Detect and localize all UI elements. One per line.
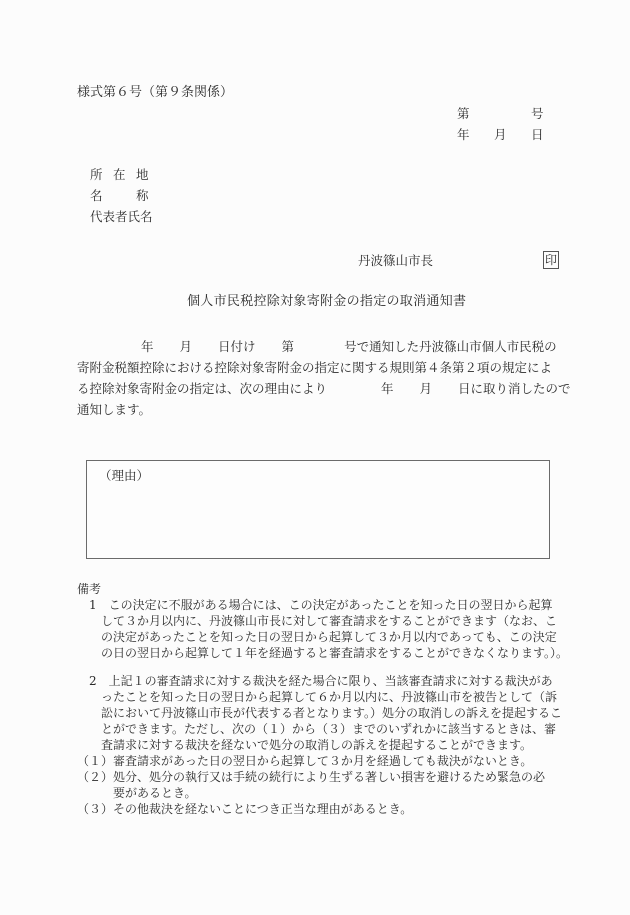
location-char-3: 地 bbox=[136, 169, 149, 182]
form-number: 様式第６号（第９条関係） bbox=[77, 86, 233, 99]
notes-section: 備考 1 この決定に不服がある場合には、この決定があったことを知った日の翌日から… bbox=[77, 580, 567, 816]
doc-date-month: 月 bbox=[494, 129, 507, 142]
note-line: の日の翌日から起算して１年を経過すると審査請求をすることができなくなります。）。 bbox=[77, 644, 567, 660]
doc-date-day: 日 bbox=[531, 129, 544, 142]
note-line: 査請求に対する裁決を経ないで処分の取消しの訴えを提起することができます。 bbox=[77, 736, 567, 752]
location-char-1: 所 bbox=[90, 169, 103, 182]
body-line-2: 寄附金税額控除における控除対象寄附金の指定に関する規則第４条第２項の規定によ bbox=[77, 358, 557, 379]
document-title: 個人市民税控除対象寄附金の指定の取消通知書 bbox=[187, 295, 466, 308]
notice-body: 年月日付け第号で通知した丹波篠山市個人市民税の 寄附金税額控除における控除対象寄… bbox=[77, 337, 557, 421]
cancel-year: 年 bbox=[381, 381, 394, 396]
note-line: 要があるとき。 bbox=[77, 784, 567, 800]
issuer-title: 丹波篠山市長 bbox=[358, 255, 433, 268]
body-line-3-text: る控除対象寄附金の指定は、次の理由により bbox=[77, 381, 327, 396]
location-char-2: 在 bbox=[113, 169, 126, 182]
note-line: 2 上記１の審査請求に対する裁決を経た場合に限り、当該審査請求に対する裁決があ bbox=[77, 672, 567, 688]
body-line-1: 年月日付け第号で通知した丹波篠山市個人市民税の bbox=[77, 337, 557, 358]
body-line-1-text: 号で通知した丹波篠山市個人市民税の bbox=[344, 339, 557, 354]
ref-month: 月 bbox=[180, 339, 193, 354]
name-char-2: 称 bbox=[136, 190, 149, 203]
ref-day: 日付け bbox=[218, 339, 256, 354]
cancel-month: 月 bbox=[420, 381, 433, 396]
document-number: 第 号 bbox=[457, 108, 547, 122]
note-line: とができます。ただし、次の（１）から（３）までのいずれかに該当するときは、審 bbox=[77, 720, 567, 736]
body-line-3-rest: 日に取り消したので bbox=[458, 381, 571, 396]
representative-text: 代表者氏名 bbox=[90, 211, 153, 224]
note-line: （１）審査請求があった日の翌日から起算して３か月を経過しても裁決がないとき。 bbox=[77, 752, 567, 768]
reason-label: （理由） bbox=[99, 466, 149, 484]
body-line-4: 通知します。 bbox=[77, 400, 557, 421]
note-line: ったことを知った日の翌日から起算して６か月以内に、丹波篠山市を被告として（訴 bbox=[77, 688, 567, 704]
seal-icon: 印 bbox=[543, 251, 559, 269]
ref-year: 年 bbox=[141, 339, 154, 354]
note-line: して３か月以内に、丹波篠山市長に対して審査請求をすることができます（なお、こ bbox=[77, 612, 567, 628]
representative-label: 代表者氏名 bbox=[90, 211, 160, 232]
reason-box[interactable]: （理由） bbox=[86, 460, 550, 559]
body-line-3: る控除対象寄附金の指定は、次の理由により年月日に取り消したので bbox=[77, 379, 557, 400]
doc-number-prefix: 第 bbox=[457, 108, 470, 121]
note-line: （２）処分、処分の執行又は手続の続行により生ずる著しい損害を避けるため緊急の必 bbox=[77, 768, 567, 784]
note-spacer bbox=[77, 660, 567, 672]
note-line: の決定があったことを知った日の翌日から起算して３か月以内であっても、この決定 bbox=[77, 628, 567, 644]
name-label: 名 称 bbox=[90, 190, 160, 211]
document-date: 年 月 日 bbox=[457, 129, 547, 143]
location-label: 所 在 地 bbox=[90, 169, 160, 190]
note-line: （３）その他裁決を経ないことにつき正当な理由があるとき。 bbox=[77, 800, 567, 816]
addressee-block: 所 在 地 名 称 代表者氏名 bbox=[90, 169, 160, 232]
note-line: 1 この決定に不服がある場合には、この決定があったことを知った日の翌日から起算 bbox=[77, 596, 567, 612]
ref-number-prefix: 第 bbox=[282, 339, 295, 354]
doc-date-year: 年 bbox=[457, 129, 470, 142]
name-char-1: 名 bbox=[90, 190, 103, 203]
note-line: 訟において丹波篠山市長が代表する者となります。）処分の取消しの訴えを提起するこ bbox=[77, 704, 567, 720]
notes-heading: 備考 bbox=[77, 580, 567, 596]
doc-number-suffix: 号 bbox=[531, 108, 544, 121]
